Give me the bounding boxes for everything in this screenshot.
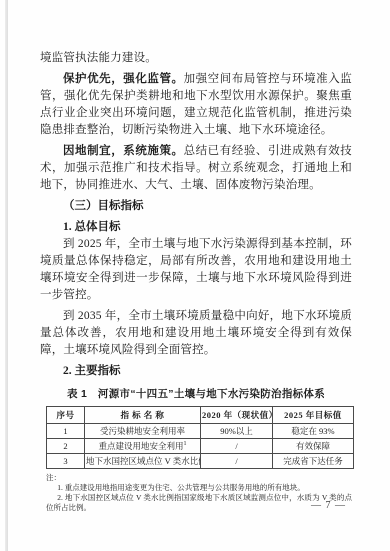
table-title: 表 1 河源市“十四五”土壤与地下水污染防治指标体系 xyxy=(40,387,352,401)
col-header-number: 序号 xyxy=(47,407,85,424)
col-header-2025-target: 2025 年目标值 xyxy=(273,407,354,424)
footnote-label: 注： xyxy=(46,473,352,483)
cell-indicator-name: 地下水国控区域点位 V 类水比例2 xyxy=(85,454,201,469)
scan-edge xyxy=(5,0,8,551)
document-page: 境监管执法能力建设。 保护优先，强化监管。加强空间布局管控与环境准入监管，强化优… xyxy=(0,0,390,551)
paragraph-local-measures: 因地制宜，系统施策。总结已有经验、引进成熟有效技术，加强示范推广和技术指导。树立… xyxy=(40,143,352,194)
page-content: 境监管执法能力建设。 保护优先，强化监管。加强空间布局管控与环境准入监管，强化优… xyxy=(40,50,352,513)
section-heading-goals: （三）目标指标 xyxy=(40,198,352,215)
cell-2025-target: 完成省下达任务 xyxy=(273,454,354,469)
paragraph-lead-bold: 保护优先，强化监管。 xyxy=(63,73,184,85)
indicator-table: 序号 指 标 名 称 2020 年（现状值） 2025 年目标值 1 受污染耕地… xyxy=(46,406,354,469)
paragraph-continuation: 境监管执法能力建设。 xyxy=(40,50,352,67)
indicator-name-text: 地下水国控区域点位 V 类水比例 xyxy=(86,456,201,466)
cell-2020-value: / xyxy=(201,439,273,454)
table-row: 2 重点建设用地安全利用1 / 有效保障 xyxy=(47,439,354,454)
table-row: 1 受污染耕地安全利用率 90%以上 稳定在 93% xyxy=(47,424,354,439)
cell-indicator-name: 重点建设用地安全利用1 xyxy=(85,439,201,454)
col-header-2020-value: 2020 年（现状值） xyxy=(201,407,273,424)
table-header-row: 序号 指 标 名 称 2020 年（现状值） 2025 年目标值 xyxy=(47,407,354,424)
subheading-overall-goal: 1. 总体目标 xyxy=(40,219,352,236)
paragraph-2025-goal: 到 2025 年，全市土壤与地下水污染源得到基本控制，环境质量总体保持稳定，局部… xyxy=(40,236,352,304)
page-number: — 7 — xyxy=(311,500,346,511)
footnote-item: 2. 地下水国控区域点位 V 类水比例指国家级地下水质区域监测点位中，水质为 V… xyxy=(46,493,352,513)
footnote-item: 1. 重点建设用地指用途变更为住宅、公共管理与公共服务用地的所有地块。 xyxy=(46,483,352,493)
indicator-name-text: 重点建设用地安全利用 xyxy=(98,441,183,451)
cell-row-number: 2 xyxy=(47,439,85,454)
cell-row-number: 3 xyxy=(47,454,85,469)
cell-2020-value: 90%以上 xyxy=(201,424,273,439)
cell-2025-target: 有效保障 xyxy=(273,439,354,454)
indicator-name-text: 受污染耕地安全利用率 xyxy=(100,426,185,436)
cell-2020-value: / xyxy=(201,454,273,469)
cell-indicator-name: 受污染耕地安全利用率 xyxy=(85,424,201,439)
paragraph-2035-goal: 到 2035 年，全市土壤环境质量稳中向好，地下水环境质量总体改善，农用地和建设… xyxy=(40,308,352,359)
table-footnotes: 注： 1. 重点建设用地指用途变更为住宅、公共管理与公共服务用地的所有地块。 2… xyxy=(46,473,352,513)
paragraph-lead-bold: 因地制宜，系统施策。 xyxy=(63,145,184,157)
cell-2025-target: 稳定在 93% xyxy=(273,424,354,439)
table-row: 3 地下水国控区域点位 V 类水比例2 / 完成省下达任务 xyxy=(47,454,354,469)
footnote-marker: 1 xyxy=(184,441,187,447)
paragraph-protection-priority: 保护优先，强化监管。加强空间布局管控与环境准入监管，强化优先保护类耕地和地下水型… xyxy=(40,71,352,139)
subheading-main-indicators: 2. 主要指标 xyxy=(40,363,352,380)
cell-row-number: 1 xyxy=(47,424,85,439)
col-header-indicator-name: 指 标 名 称 xyxy=(85,407,201,424)
